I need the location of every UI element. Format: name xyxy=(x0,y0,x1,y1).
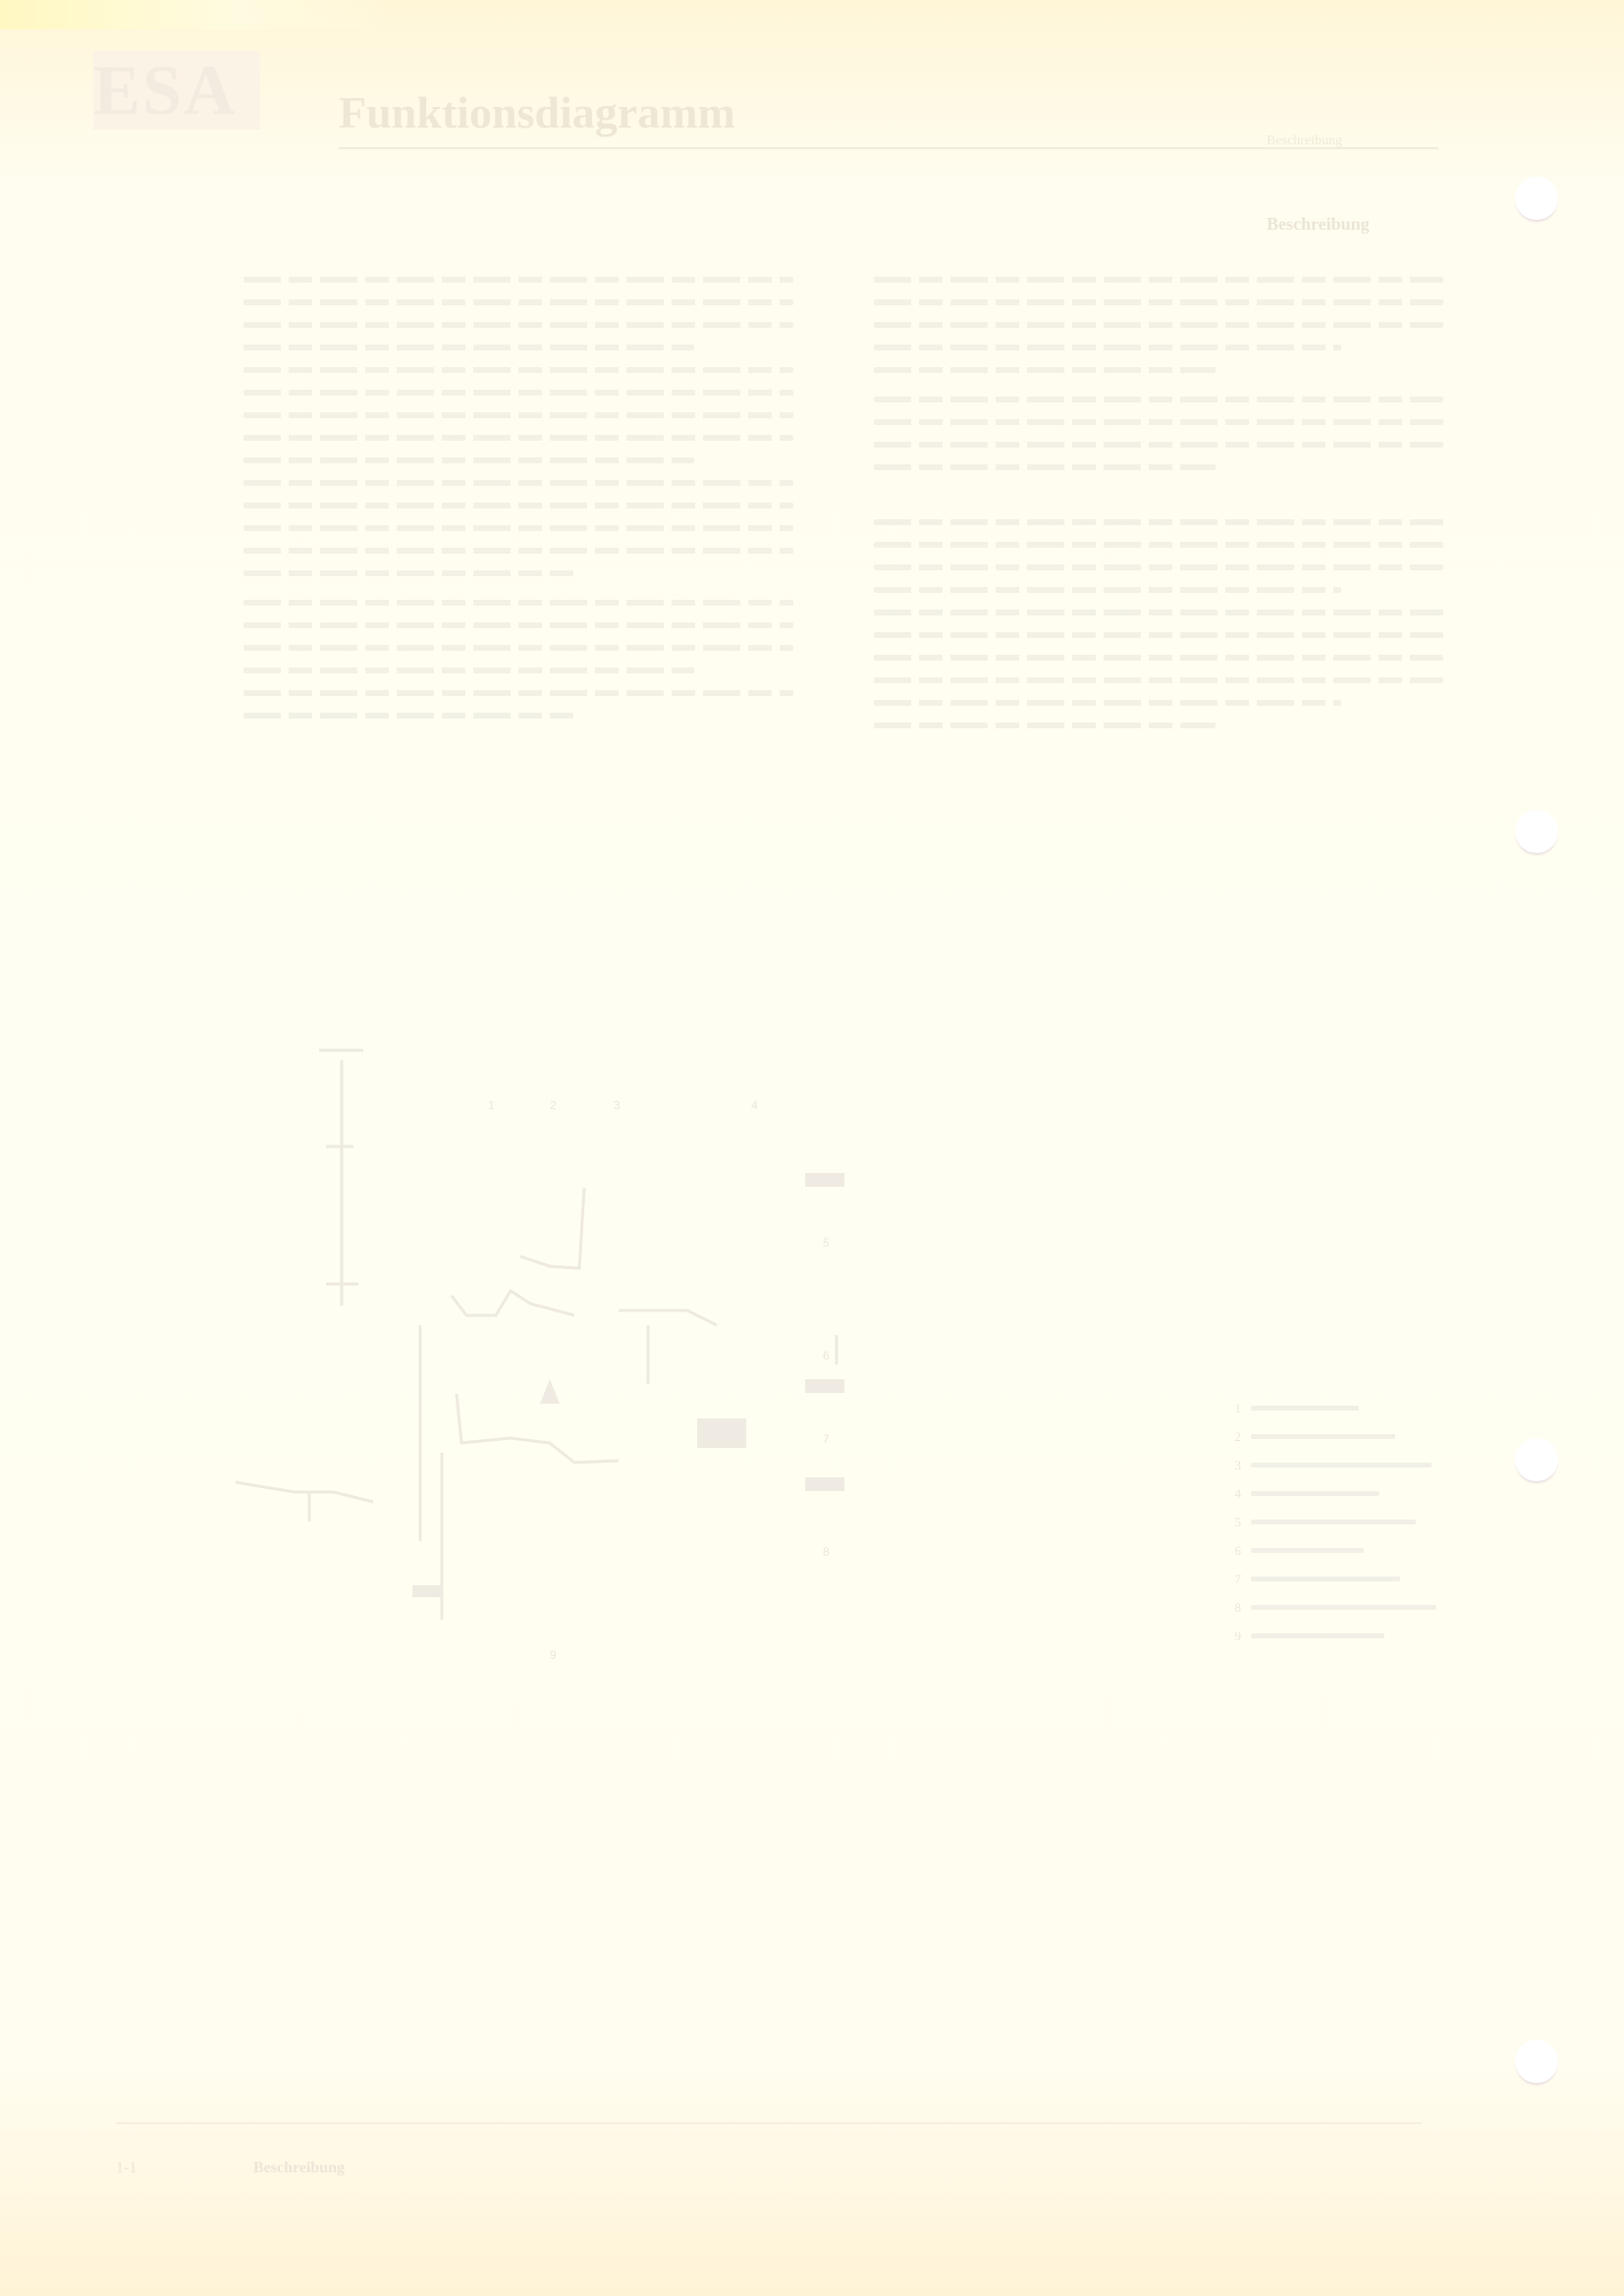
text-line xyxy=(244,525,793,531)
function-diagram: 1 2 3 4 5 6 7 8 9 xyxy=(236,1031,864,1659)
footer-divider xyxy=(116,2122,1422,2124)
legend-item: 7 xyxy=(1227,1565,1463,1593)
text-line xyxy=(244,600,793,606)
legend-item: 6 xyxy=(1227,1536,1463,1565)
legend-number: 7 xyxy=(1227,1572,1241,1587)
diagram-callout: 4 xyxy=(751,1098,758,1112)
text-line xyxy=(244,667,694,673)
text-line xyxy=(874,542,1443,548)
diagram-legend: 123456789 xyxy=(1227,1394,1463,1650)
legend-number: 6 xyxy=(1227,1543,1241,1559)
diagram-callout: 6 xyxy=(823,1349,830,1362)
diagram-callout: 5 xyxy=(823,1236,830,1250)
text-line xyxy=(874,299,1443,305)
legend-number: 4 xyxy=(1227,1486,1241,1502)
legend-label xyxy=(1251,1406,1359,1411)
diagram-callout: 3 xyxy=(614,1098,621,1112)
legend-number: 2 xyxy=(1227,1429,1241,1445)
diagram-callout: 9 xyxy=(550,1648,557,1659)
text-line xyxy=(244,570,573,576)
legend-number: 3 xyxy=(1227,1458,1241,1473)
paragraph xyxy=(874,277,1443,373)
text-line xyxy=(874,322,1443,328)
diagram-callout: 1 xyxy=(488,1098,495,1112)
diagram-callout: 8 xyxy=(823,1545,830,1559)
legend-label xyxy=(1251,1548,1364,1553)
footer-label: Beschreibung xyxy=(253,2160,345,2177)
text-line xyxy=(874,587,1341,593)
text-line xyxy=(244,622,793,628)
text-line xyxy=(244,412,793,418)
paragraph xyxy=(874,397,1443,470)
text-line xyxy=(244,277,793,283)
right-text-column xyxy=(874,277,1443,752)
legend-label xyxy=(1251,1491,1380,1496)
legend-item: 4 xyxy=(1227,1479,1463,1508)
legend-item: 8 xyxy=(1227,1593,1463,1622)
text-line xyxy=(874,397,1443,402)
esa-logo: ESA xyxy=(93,51,260,130)
text-line xyxy=(874,464,1216,470)
diagram-callout: 2 xyxy=(550,1098,557,1112)
text-line xyxy=(874,367,1216,373)
text-line xyxy=(874,677,1443,683)
text-line xyxy=(874,419,1443,425)
punch-hole xyxy=(1515,1438,1558,1481)
text-line xyxy=(874,655,1443,661)
diagram-callout: 7 xyxy=(823,1432,830,1446)
text-line xyxy=(244,367,793,373)
legend-number: 9 xyxy=(1227,1629,1241,1644)
legend-item: 2 xyxy=(1227,1422,1463,1451)
text-line xyxy=(874,700,1341,706)
scan-tint xyxy=(0,0,393,29)
text-line xyxy=(244,299,793,305)
legend-label xyxy=(1251,1605,1436,1610)
legend-number: 5 xyxy=(1227,1515,1241,1530)
text-line xyxy=(244,645,793,651)
legend-item: 5 xyxy=(1227,1508,1463,1536)
legend-number: 8 xyxy=(1227,1600,1241,1616)
legend-label xyxy=(1251,1576,1400,1581)
header-subtitle: Beschreibung xyxy=(1267,133,1342,149)
legend-item: 1 xyxy=(1227,1394,1463,1422)
text-line xyxy=(244,480,793,486)
text-line xyxy=(244,690,793,696)
legend-label xyxy=(1251,1463,1432,1468)
page-number: 1-1 xyxy=(116,2160,136,2177)
text-line xyxy=(244,435,793,441)
paragraph xyxy=(244,277,793,576)
text-line xyxy=(874,564,1443,570)
legend-number: 1 xyxy=(1227,1401,1241,1416)
left-text-column xyxy=(244,277,793,742)
text-line xyxy=(874,632,1443,638)
diagram-drawing: 1 2 3 4 5 6 7 8 9 xyxy=(236,1031,864,1659)
text-line xyxy=(244,322,793,328)
text-line xyxy=(874,722,1216,728)
page-title: Funktionsdiagramm xyxy=(339,86,735,138)
text-line xyxy=(244,457,694,463)
punch-hole xyxy=(1515,177,1558,220)
paragraph xyxy=(874,519,1443,728)
text-line xyxy=(874,345,1341,350)
text-line xyxy=(874,277,1443,283)
punch-hole xyxy=(1515,2040,1558,2083)
text-line xyxy=(244,548,793,554)
text-line xyxy=(874,519,1443,525)
legend-label xyxy=(1251,1434,1395,1439)
section-heading: Beschreibung xyxy=(1267,214,1370,235)
text-line xyxy=(874,442,1443,448)
legend-item: 3 xyxy=(1227,1451,1463,1479)
text-line xyxy=(244,390,793,396)
text-line xyxy=(244,503,793,508)
text-line xyxy=(874,610,1443,615)
text-line xyxy=(244,713,573,719)
legend-label xyxy=(1251,1633,1384,1638)
legend-item: 9 xyxy=(1227,1622,1463,1650)
legend-label xyxy=(1251,1520,1416,1524)
punch-hole xyxy=(1515,810,1558,853)
text-line xyxy=(244,345,694,350)
paragraph xyxy=(244,600,793,719)
